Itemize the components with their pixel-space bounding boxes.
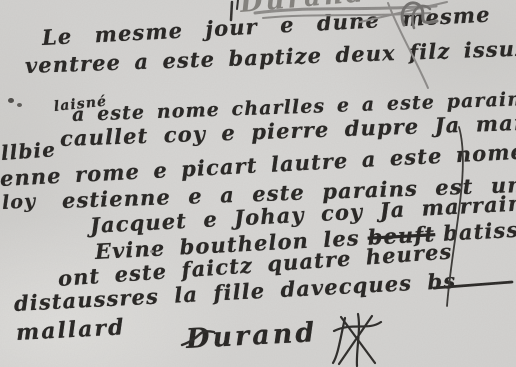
ink-speck	[8, 98, 14, 103]
ink-speck	[17, 103, 22, 107]
manuscript-line-11: mallard	[15, 314, 126, 346]
bottom-signature: Durand	[185, 317, 318, 355]
ink-speck	[150, 250, 154, 253]
margin-fragment-2: loy	[1, 190, 36, 214]
manuscript-page: Durand Le mesme jour e dune mesme ventre…	[0, 0, 516, 367]
paraph-flourish-bottom	[333, 314, 381, 366]
margin-fragment-1: llbie	[0, 137, 57, 165]
